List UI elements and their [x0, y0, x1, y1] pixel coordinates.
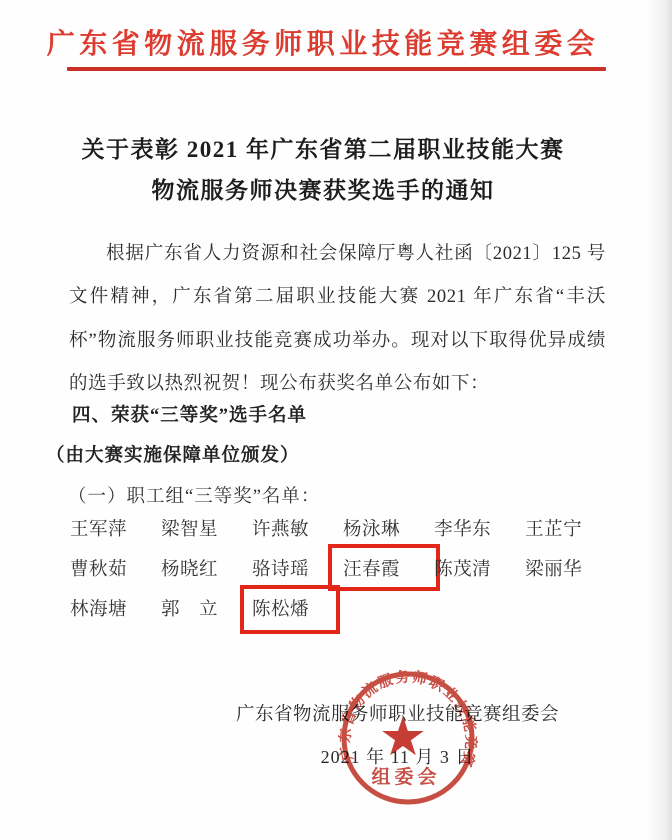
group-heading: （一）职工组“三等奖”名单： — [68, 482, 320, 508]
awardee-name: 杨泳琳 — [343, 515, 400, 541]
awardee-name: 郭 立 — [161, 595, 218, 621]
scanned-notice-page: 广东省物流服务师职业技能竞赛组委会 关于表彰 2021 年广东省第二届职业技能大… — [0, 0, 672, 840]
awardee-name-highlighted: 汪春霞 — [343, 555, 400, 581]
header-divider-rule — [67, 67, 606, 71]
org-header: 广东省物流服务师职业技能竞赛组委会 — [0, 22, 646, 62]
signature-block: 广东省物流服务师职业技能竞赛组委会 2021 年 11 月 3 日 — [190, 702, 605, 770]
awardee-name: 李华东 — [434, 515, 491, 541]
date-line: 2021 年 11 月 3 日 — [190, 744, 605, 770]
body-paragraph: 根据广东省人力资源和社会保障厅粤人社函〔2021〕125 号文件精神，广东省第二… — [69, 233, 606, 407]
awardee-row-2: 曹秋茹 杨晓红 骆诗瑶 汪春霞 陈茂清 梁丽华 — [70, 555, 582, 581]
awardee-name: 梁丽华 — [525, 555, 582, 581]
section-subheading: （由大赛实施保障单位颁发） — [46, 441, 300, 467]
scan-edge-shadow — [646, 0, 672, 840]
awardee-row-1: 王军萍 梁智星 许燕敏 杨泳琳 李华东 王芷宁 — [70, 515, 582, 541]
doc-title: 关于表彰 2021 年广东省第二届职业技能大赛 物流服务师决赛获奖选手的通知 — [0, 129, 646, 211]
awardee-name: 骆诗瑶 — [252, 555, 309, 581]
awardee-name: 王芷宁 — [525, 515, 582, 541]
awardee-row-3: 林海塘 郭 立 陈松燔 — [70, 595, 309, 621]
awardee-name: 王军萍 — [70, 515, 127, 541]
awardee-name-highlighted: 陈松燔 — [252, 595, 309, 621]
awardee-name: 许燕敏 — [252, 515, 309, 541]
awardee-name: 林海塘 — [70, 595, 127, 621]
doc-title-line1: 关于表彰 2021 年广东省第二届职业技能大赛 — [0, 129, 646, 170]
awardee-name: 梁智星 — [161, 515, 218, 541]
awardee-name: 陈茂清 — [434, 555, 491, 581]
signature-line: 广东省物流服务师职业技能竞赛组委会 — [190, 702, 605, 728]
awardee-name: 曹秋茹 — [70, 555, 127, 581]
doc-title-line2: 物流服务师决赛获奖选手的通知 — [0, 170, 646, 211]
awardee-name: 杨晓红 — [161, 555, 218, 581]
section-heading: 四、荣获“三等奖”选手名单 — [72, 401, 307, 427]
